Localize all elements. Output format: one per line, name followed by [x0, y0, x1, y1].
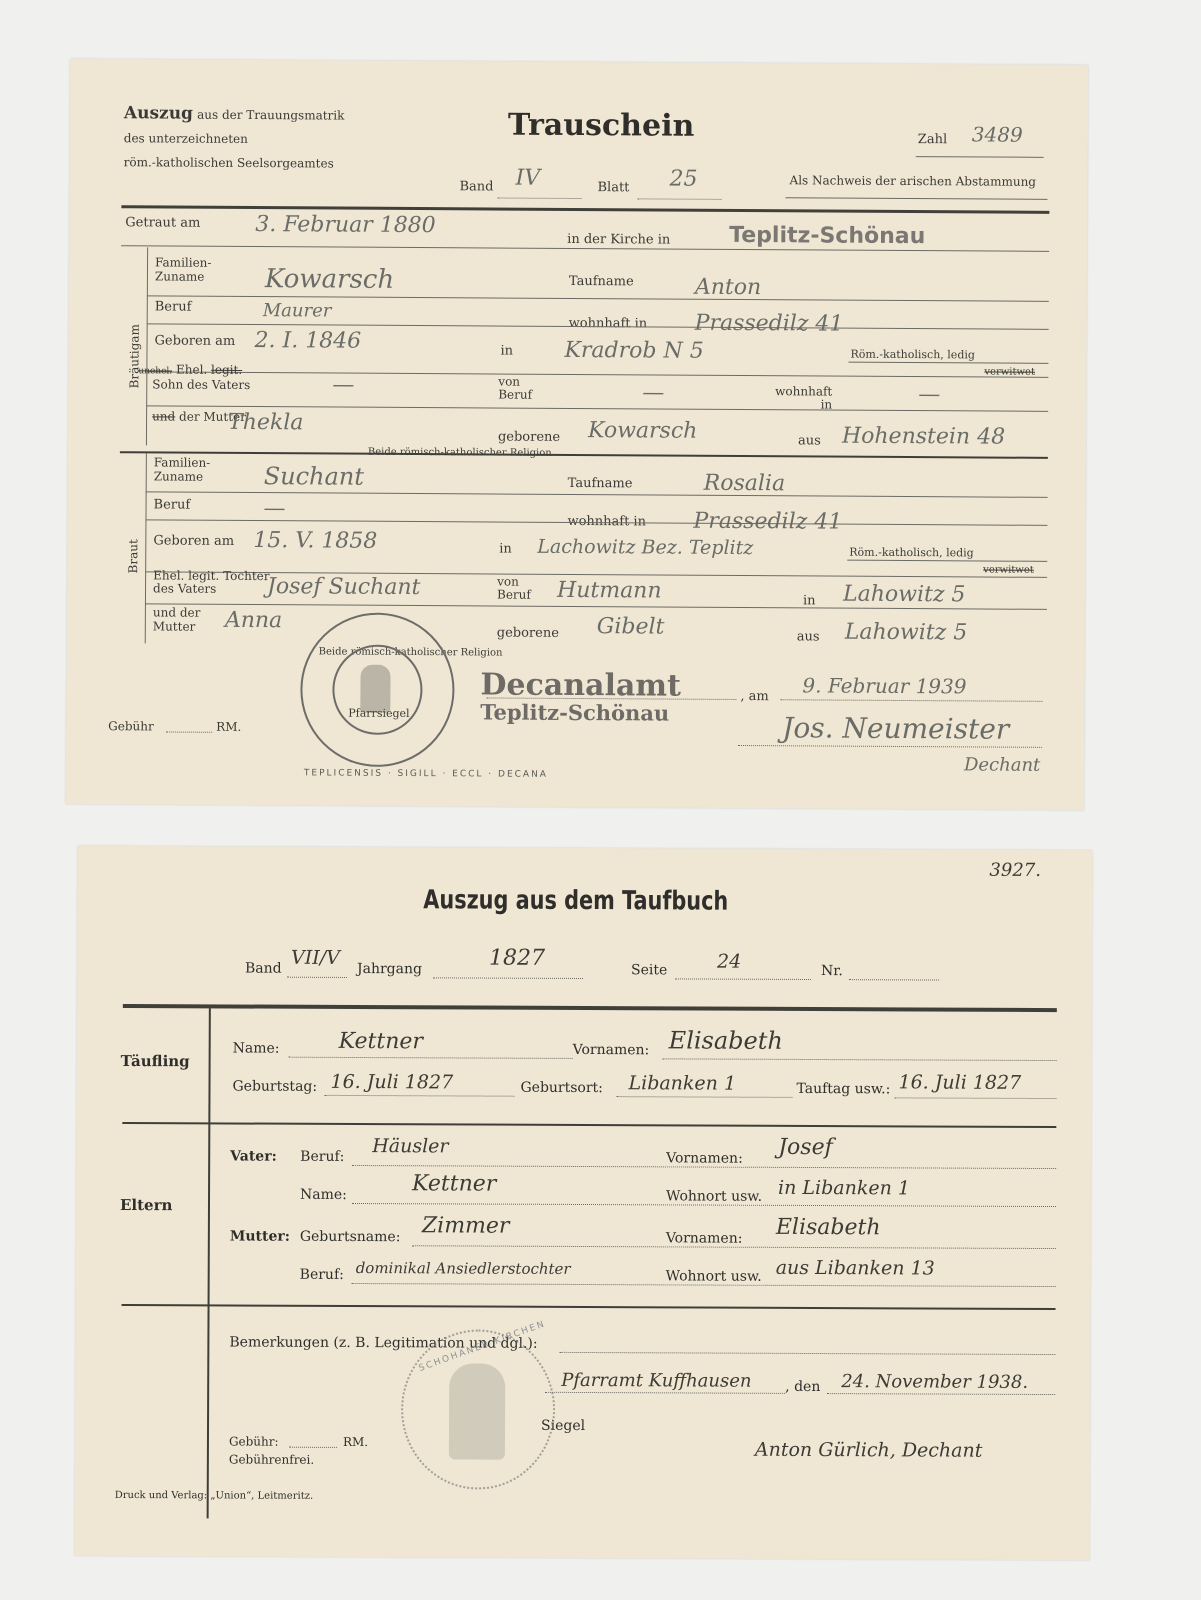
date-dots [780, 699, 1042, 702]
bride-surname-label: Familien-Zuname [154, 455, 234, 483]
band-value: VII/V [291, 947, 340, 969]
zahl-value: 3489 [972, 122, 1023, 146]
geburtstag-value: 16. Juli 1827 [330, 1071, 453, 1094]
gebuehr-label: Gebühr [108, 719, 154, 733]
gebuehrenfrei: Gebührenfrei. [229, 1452, 314, 1466]
bride-wohnhaft-value: Prassedilz 41 [693, 509, 842, 535]
bride-bracket [145, 453, 147, 643]
excerpt-bold: Auszug [124, 103, 193, 123]
blatt-dots [637, 198, 721, 200]
band-label: Band [459, 179, 493, 194]
bride-given-value: Rosalia [704, 471, 786, 496]
row-rule [146, 371, 1048, 378]
vater-label: Vater: [230, 1148, 277, 1164]
section-rule [120, 451, 1048, 459]
bride-father-value: Josef Suchant [267, 574, 421, 600]
groom-father-label: unehel. Ehel. legit. Sohn des Vaters [138, 363, 250, 392]
groom-wohnhaft-value: Prassedilz 41 [695, 311, 844, 337]
mutter-beruf-value: dominikal Ansiedlerstochter [356, 1259, 571, 1278]
vater-beruf-value: Häusler [372, 1135, 448, 1157]
band-dots [497, 198, 581, 200]
band-value: IV [515, 166, 540, 191]
bride-geborene-value: Gibelt [597, 614, 665, 639]
groom-born-in-label: in [500, 344, 513, 359]
vater-vornamen-label: Vornamen: [664, 1150, 745, 1166]
jahrgang-value: 1827 [489, 946, 545, 971]
mutter-vornamen-label: Vornamen: [664, 1230, 745, 1246]
bride-geborene-label: geborene [497, 626, 559, 641]
mutter-geburtsname-label: Geburtsname: [300, 1229, 401, 1245]
bride-von-beruf-label: von Beruf [497, 576, 547, 602]
geburtstag-dots [324, 1095, 514, 1097]
tauftag-label: Tauftag usw.: [796, 1081, 890, 1097]
seal-text: TEPLICENSIS · SIGILL · ECCL · DECANA [304, 768, 454, 779]
jahrgang-label: Jahrgang [357, 961, 422, 977]
seite-value: 24 [717, 951, 741, 973]
bride-surname-value: Suchant [264, 462, 364, 491]
trauschein-document: Auszug aus der Trauungsmatrik des unterz… [66, 59, 1089, 810]
groom-surname-value: Kowarsch [265, 264, 394, 295]
excerpt-header: Auszug aus der Trauungsmatrik [124, 103, 345, 124]
purpose-text: Als Nachweis der arischen Abstammung [790, 173, 1037, 189]
vater-wohnort-label: Wohnort usw. [664, 1188, 764, 1204]
groom-geborene-label: geborene [498, 430, 560, 445]
ref-number: 3927. [989, 860, 1041, 881]
vater-beruf-label: Beruf: [300, 1149, 344, 1165]
groom-wohnhaft-label: wohnhaft in [569, 316, 648, 331]
bride-beruf-label: Beruf [154, 497, 191, 512]
mutter-wohnort-value: aus Libanken 13 [776, 1257, 935, 1280]
tauftag-dots [894, 1097, 1056, 1099]
tauftag-value: 16. Juli 1827 [898, 1071, 1021, 1094]
header-rule [123, 1004, 1057, 1012]
excerpt-line3: röm.-katholischen Seelsorgeamtes [124, 155, 334, 170]
document-title: Trauschein [508, 108, 695, 144]
bride-born-value: 15. V. 1858 [253, 528, 377, 554]
bride-status: Röm.-katholisch, ledig [849, 546, 974, 560]
section-rule [122, 1122, 1056, 1128]
groom-father-wohnhaft-label: wohnhaft in [762, 385, 832, 411]
seal-figure [449, 1363, 505, 1459]
vater-name-value: Kettner [412, 1171, 496, 1196]
father-prefix-struck: unehel. [138, 366, 172, 376]
am-label: , am [740, 689, 768, 704]
father-label-a: Ehel. [176, 363, 207, 377]
vornamen-label: Vornamen: [573, 1042, 650, 1058]
name-value: Kettner [339, 1029, 423, 1054]
groom-status: Röm.-katholisch, ledig [850, 348, 975, 362]
name-label: Name: [233, 1040, 280, 1056]
seal-figure [360, 665, 390, 713]
groom-mother-value: Thekla [228, 410, 304, 435]
bride-born-in-label: in [499, 542, 512, 557]
taufbuch-document: 3927. Auszug aus dem Taufbuch Band VII/V… [74, 846, 1092, 1560]
gebuehr-dots [289, 1447, 337, 1448]
getraut-label: Getraut am [125, 215, 200, 230]
mutter-label: Mutter: [230, 1228, 290, 1244]
decanalamt-stamp-place: Teplitz-Schönau [480, 699, 669, 725]
excerpt-line1: aus der Trauungsmatrik [197, 108, 344, 123]
groom-given-value: Anton [695, 275, 761, 300]
nr-dots [849, 979, 939, 980]
mutter-vornamen-value: Elisabeth [776, 1215, 881, 1240]
bride-father-label: Ehel. legit. Tochter des Vaters [153, 569, 273, 596]
signature: Jos. Neumeister [782, 711, 1009, 745]
groom-born-label: Geboren am [155, 333, 236, 348]
excerpt-line2: des unterzeichneten [124, 131, 248, 146]
bemerkungen-dots [559, 1352, 1055, 1355]
bride-born-in-value: Lachowitz Bez. Teplitz [537, 536, 753, 559]
mutter-beruf-label: Beruf: [300, 1267, 344, 1283]
groom-bracket [146, 247, 148, 445]
kirche-stamp: Teplitz-Schönau [729, 223, 925, 249]
groom-father-wohnhaft-value: — [918, 382, 940, 407]
mutter-wohnort-label: Wohnort usw. [664, 1268, 764, 1284]
bride-mother-label: und der Mutter [153, 605, 213, 633]
groom-born-value: 2. I. 1846 [254, 328, 361, 354]
groom-given-label: Taufname [569, 274, 634, 289]
seal-label: Pfarrsiegel [348, 707, 409, 720]
vater-wohnort-value: in Libanken 1 [778, 1177, 910, 1200]
groom-born-in-value: Kradrob N 5 [564, 338, 703, 364]
nr-label: Nr. [821, 963, 843, 979]
groom-geborene-value: Kowarsch [588, 418, 697, 444]
bride-aus-value: Lahowitz 5 [845, 620, 968, 646]
groom-beruf-label: Beruf [155, 299, 192, 314]
date-dots [827, 1393, 1055, 1395]
bride-status-struck: verwitwet [983, 564, 1034, 575]
bride-father-in-value: Lahowitz 5 [843, 582, 966, 608]
signature-title: Dechant [964, 754, 1040, 775]
gebuehr-unit: RM. [216, 720, 241, 734]
vater-vornamen-value: Josef [778, 1135, 833, 1160]
groom-von-beruf-label: von Beruf [498, 376, 548, 402]
groom-von-beruf-value: — [642, 380, 664, 405]
groom-aus-label: aus [798, 433, 821, 448]
seite-dots [675, 978, 811, 980]
eltern-section-label: Eltern [120, 1196, 172, 1214]
gebuehr-label: Gebühr: [229, 1434, 279, 1448]
status-underline [847, 560, 1047, 562]
bride-von-beruf-value: Hutmann [557, 578, 662, 604]
bride-mother-value: Anna [225, 608, 282, 633]
zahl-underline [916, 156, 1044, 158]
getraut-value: 3. Februar 1880 [255, 212, 436, 238]
bride-beruf-value: — [263, 496, 285, 521]
printer-note: Druck und Verlag: „Union“, Leitmeritz. [115, 1490, 313, 1502]
bride-aus-label: aus [797, 629, 820, 644]
father-label-b: Sohn des Vaters [138, 377, 250, 392]
issue-date: 9. Februar 1939 [802, 673, 966, 698]
jahrgang-dots [433, 977, 583, 979]
band-dots [287, 977, 347, 978]
blatt-label: Blatt [597, 180, 629, 195]
gebuehr-unit: RM. [343, 1435, 368, 1449]
vornamen-value: Elisabeth [669, 1026, 783, 1054]
bride-section-label: Braut [126, 506, 141, 606]
blatt-value: 25 [669, 167, 697, 192]
kirche-label: in der Kirche in [567, 232, 670, 248]
name-dots [289, 1057, 573, 1059]
groom-surname-label: Familien-Zuname [155, 255, 235, 283]
groom-beruf-value: Maurer [263, 300, 332, 321]
place-value: Pfarramt Kuffhausen [561, 1370, 751, 1392]
bride-born-label: Geboren am [153, 533, 234, 548]
column-divider [207, 1008, 211, 1518]
mother-prefix-struck: und [152, 409, 175, 423]
geburtsort-value: Libanken 1 [628, 1072, 736, 1094]
geburtstag-label: Geburtstag: [232, 1078, 317, 1094]
groom-aus-value: Hohenstein 48 [842, 424, 1005, 450]
taeufling-section-label: Täufling [121, 1052, 190, 1070]
bride-given-label: Taufname [568, 476, 633, 491]
vater-name-label: Name: [300, 1187, 347, 1203]
mutter-geburtsname-value: Zimmer [422, 1213, 510, 1238]
place-dots [545, 1392, 785, 1394]
zahl-label: Zahl [918, 132, 947, 147]
father-legit-struck: legit. [211, 363, 242, 377]
geburtsort-label: Geburtsort: [520, 1080, 602, 1096]
vornamen-dots [663, 1058, 1057, 1061]
geburtsort-dots [616, 1096, 792, 1098]
band-label: Band [245, 961, 282, 977]
parish-seal-icon [300, 612, 455, 767]
den-label: , den [785, 1379, 820, 1395]
groom-father-value: — [332, 373, 354, 398]
purpose-underline [785, 197, 1047, 200]
issue-date: 24. November 1938. [841, 1371, 1028, 1393]
seite-label: Seite [631, 962, 667, 978]
section-rule [122, 1304, 1056, 1310]
bride-father-in-label: in [803, 593, 816, 608]
status-underline [848, 362, 1048, 364]
signature: Anton Gürlich, Dechant [755, 1439, 983, 1462]
document-title: Auszug aus dem Taufbuch [423, 885, 728, 916]
gebuehr-dots [166, 731, 212, 732]
